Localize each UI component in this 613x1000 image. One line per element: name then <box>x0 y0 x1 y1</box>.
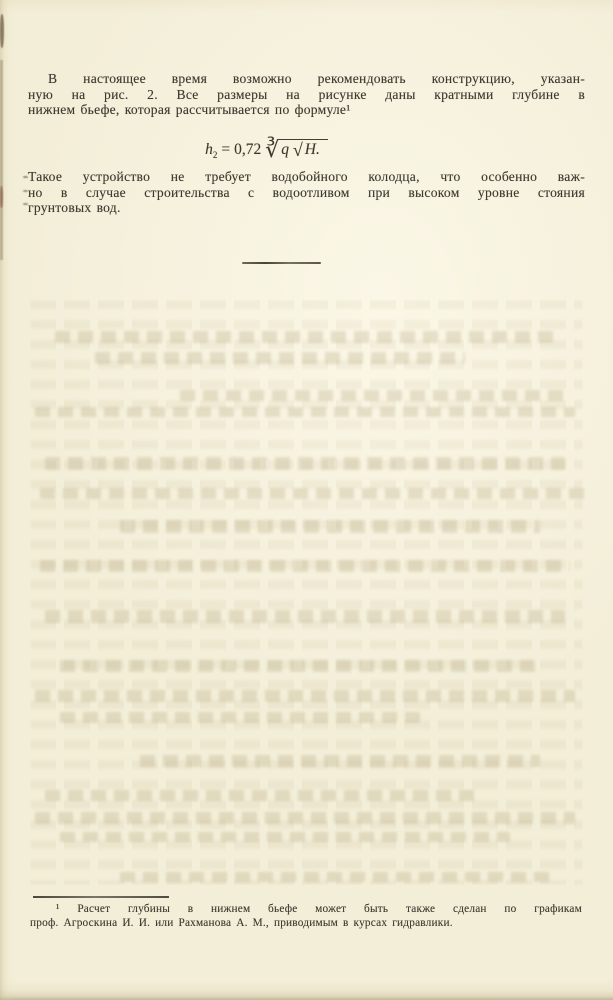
equals-sign: = <box>221 141 230 158</box>
text-line: ную на рис. 2. Все размеры на рисунке да… <box>28 87 585 103</box>
inner-vinculum: H. <box>303 139 322 158</box>
bleedthrough-line <box>60 712 420 723</box>
bleedthrough-line <box>35 690 575 702</box>
text-line: В настоящее время возможно рекомендовать… <box>28 71 585 87</box>
bleedthrough-line <box>35 812 575 824</box>
footnote-line: ¹ Расчет глубины в нижнем бьефе может бы… <box>30 903 582 917</box>
text-line: но в случае строительства с водоотливом … <box>28 185 585 201</box>
text-line: нижнем бьефе, которая рассчитывается по … <box>28 102 585 118</box>
bleedthrough-line <box>40 488 585 499</box>
bleedthrough-line <box>60 832 510 842</box>
bleedthrough-line <box>45 457 565 470</box>
bleedthrough-line <box>95 352 465 364</box>
scan-speck <box>23 203 28 205</box>
scan-speck <box>0 186 3 208</box>
paragraph-conclusion: Такое устройство не требует водобойного … <box>28 169 585 216</box>
bleedthrough-line <box>140 755 540 767</box>
scan-edge-shadow <box>0 60 3 260</box>
formula-tailwater-depth: h2=0,72∛q √H. <box>28 131 585 163</box>
bleedthrough-line <box>55 331 555 343</box>
outer-vinculum: q √H. <box>279 139 328 158</box>
bleedthrough-line <box>40 560 570 572</box>
scanned-book-page: В настоящее время возможно рекомендовать… <box>0 0 613 1000</box>
scan-speck <box>0 14 4 48</box>
formula-subscript: 2 <box>213 150 218 160</box>
scan-speck <box>23 190 28 192</box>
text-line: Такое устройство не требует водобойного … <box>28 169 585 185</box>
paragraph-intro: В настоящее время возможно рекомендовать… <box>28 71 585 118</box>
bleedthrough-line <box>45 790 475 801</box>
footnote-line: проф. Агроскина И. И. или Рахманова А. М… <box>30 917 582 931</box>
formula-variable-h: h <box>205 141 213 158</box>
formula-variable-H: H. <box>305 141 320 158</box>
formula-expression: h2=0,72∛q √H. <box>205 131 328 163</box>
scan-speck <box>23 176 28 178</box>
bleedthrough-line <box>35 407 575 417</box>
cube-root-sign: ∛ <box>265 137 279 162</box>
section-divider-rule <box>242 262 321 264</box>
footnote-separator-rule <box>33 896 169 898</box>
bleedthrough-line <box>180 390 570 401</box>
bleedthrough-line <box>45 610 565 623</box>
text-line: грунтовых вод. <box>28 200 585 216</box>
footnote: ¹ Расчет глубины в нижнем бьефе может бы… <box>30 903 582 930</box>
bleedthrough-line <box>60 660 540 672</box>
square-root-sign: √ <box>293 140 303 160</box>
bleedthrough-line <box>120 520 540 533</box>
formula-coefficient: 0,72 <box>234 141 261 158</box>
bleedthrough-line <box>120 872 550 882</box>
formula-variable-q: q <box>281 141 289 158</box>
